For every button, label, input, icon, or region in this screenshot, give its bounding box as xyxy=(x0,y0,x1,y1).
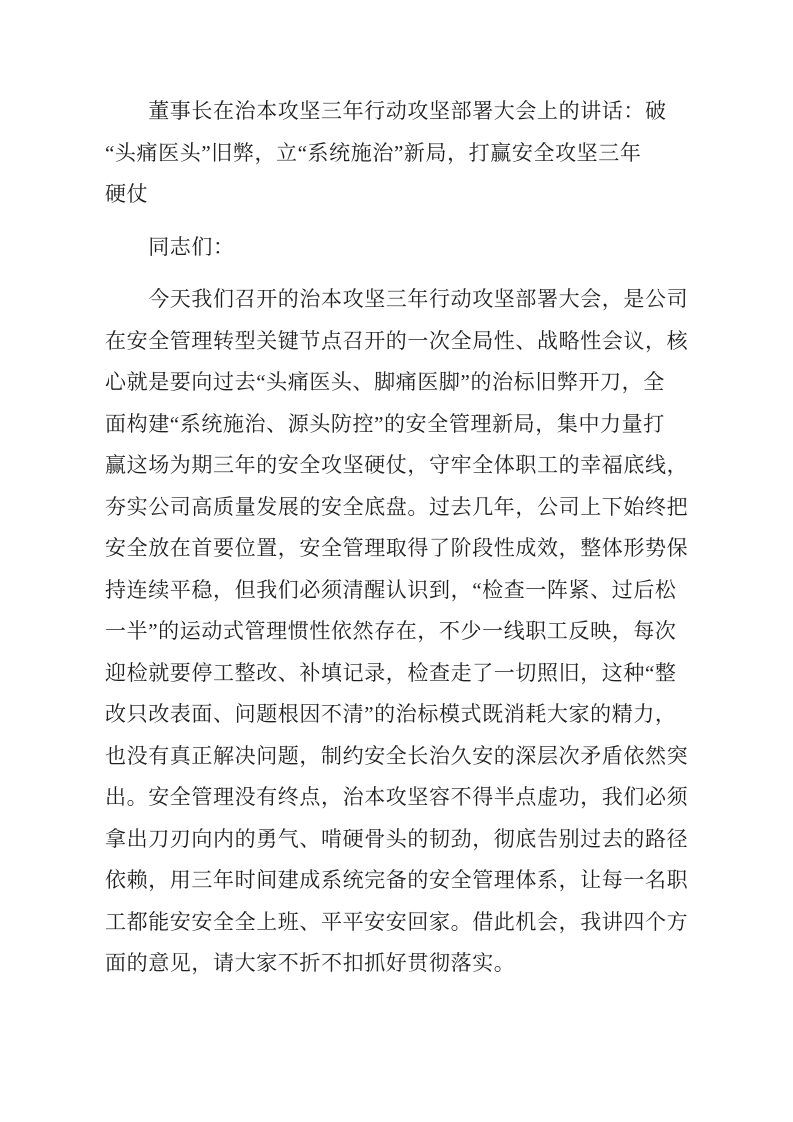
text-line: 今天我们召开的治本攻坚三年行动攻坚部署大会，是公司 xyxy=(105,279,697,321)
text-line: 迎检就要停工整改、补填记录，检查走了一切照旧，这种“整 xyxy=(105,653,697,695)
text-line: 心就是要向过去“头痛医头、脚痛医脚”的治标旧弊开刀，全 xyxy=(105,362,697,404)
text-line: 出。安全管理没有终点，治本攻坚容不得半点虚功，我们必须 xyxy=(105,777,697,819)
text-line: 面构建“系统施治、源头防控”的安全管理新局，集中力量打 xyxy=(105,404,697,446)
text-line: 面的意见，请大家不折不扣抓好贯彻落实。 xyxy=(105,943,697,985)
text-line: 硬仗 xyxy=(105,174,697,216)
text-line: 持连续平稳，但我们必须清醒认识到，“检查一阵紧、过后松 xyxy=(105,570,697,612)
document-page: 董事长在治本攻坚三年行动攻坚部署大会上的讲话：破“头痛医头”旧弊，立“系统施治”… xyxy=(0,0,793,1122)
text-line: 安全放在首要位置，安全管理取得了阶段性成效，整体形势保 xyxy=(105,528,697,570)
body-paragraph: 今天我们召开的治本攻坚三年行动攻坚部署大会，是公司在安全管理转型关键节点召开的一… xyxy=(105,279,697,985)
text-line: 赢这场为期三年的安全攻坚硬仗，守牢全体职工的幸福底线， xyxy=(105,445,697,487)
text-line: “头痛医头”旧弊，立“系统施治”新局，打赢安全攻坚三年 xyxy=(105,133,697,175)
text-line: 董事长在治本攻坚三年行动攻坚部署大会上的讲话：破 xyxy=(105,91,697,133)
text-line: 拿出刀刃向内的勇气、啃硬骨头的韧劲，彻底告别过去的路径 xyxy=(105,819,697,861)
text-line: 一半”的运动式管理惯性依然存在，不少一线职工反映，每次 xyxy=(105,611,697,653)
text-line: 夯实公司高质量发展的安全底盘。过去几年，公司上下始终把 xyxy=(105,487,697,529)
text-line: 依赖，用三年时间建成系统完备的安全管理体系，让每一名职 xyxy=(105,860,697,902)
text-line: 在安全管理转型关键节点召开的一次全局性、战略性会议，核 xyxy=(105,321,697,363)
text-line: 也没有真正解决问题，制约安全长治久安的深层次矛盾依然突 xyxy=(105,736,697,778)
text-line: 改只改表面、问题根因不清”的治标模式既消耗大家的精力， xyxy=(105,694,697,736)
text-line: 工都能安安全全上班、平平安安回家。借此机会，我讲四个方 xyxy=(105,902,697,944)
greeting-line: 同志们： xyxy=(105,227,697,269)
document-title: 董事长在治本攻坚三年行动攻坚部署大会上的讲话：破“头痛医头”旧弊，立“系统施治”… xyxy=(105,91,697,216)
